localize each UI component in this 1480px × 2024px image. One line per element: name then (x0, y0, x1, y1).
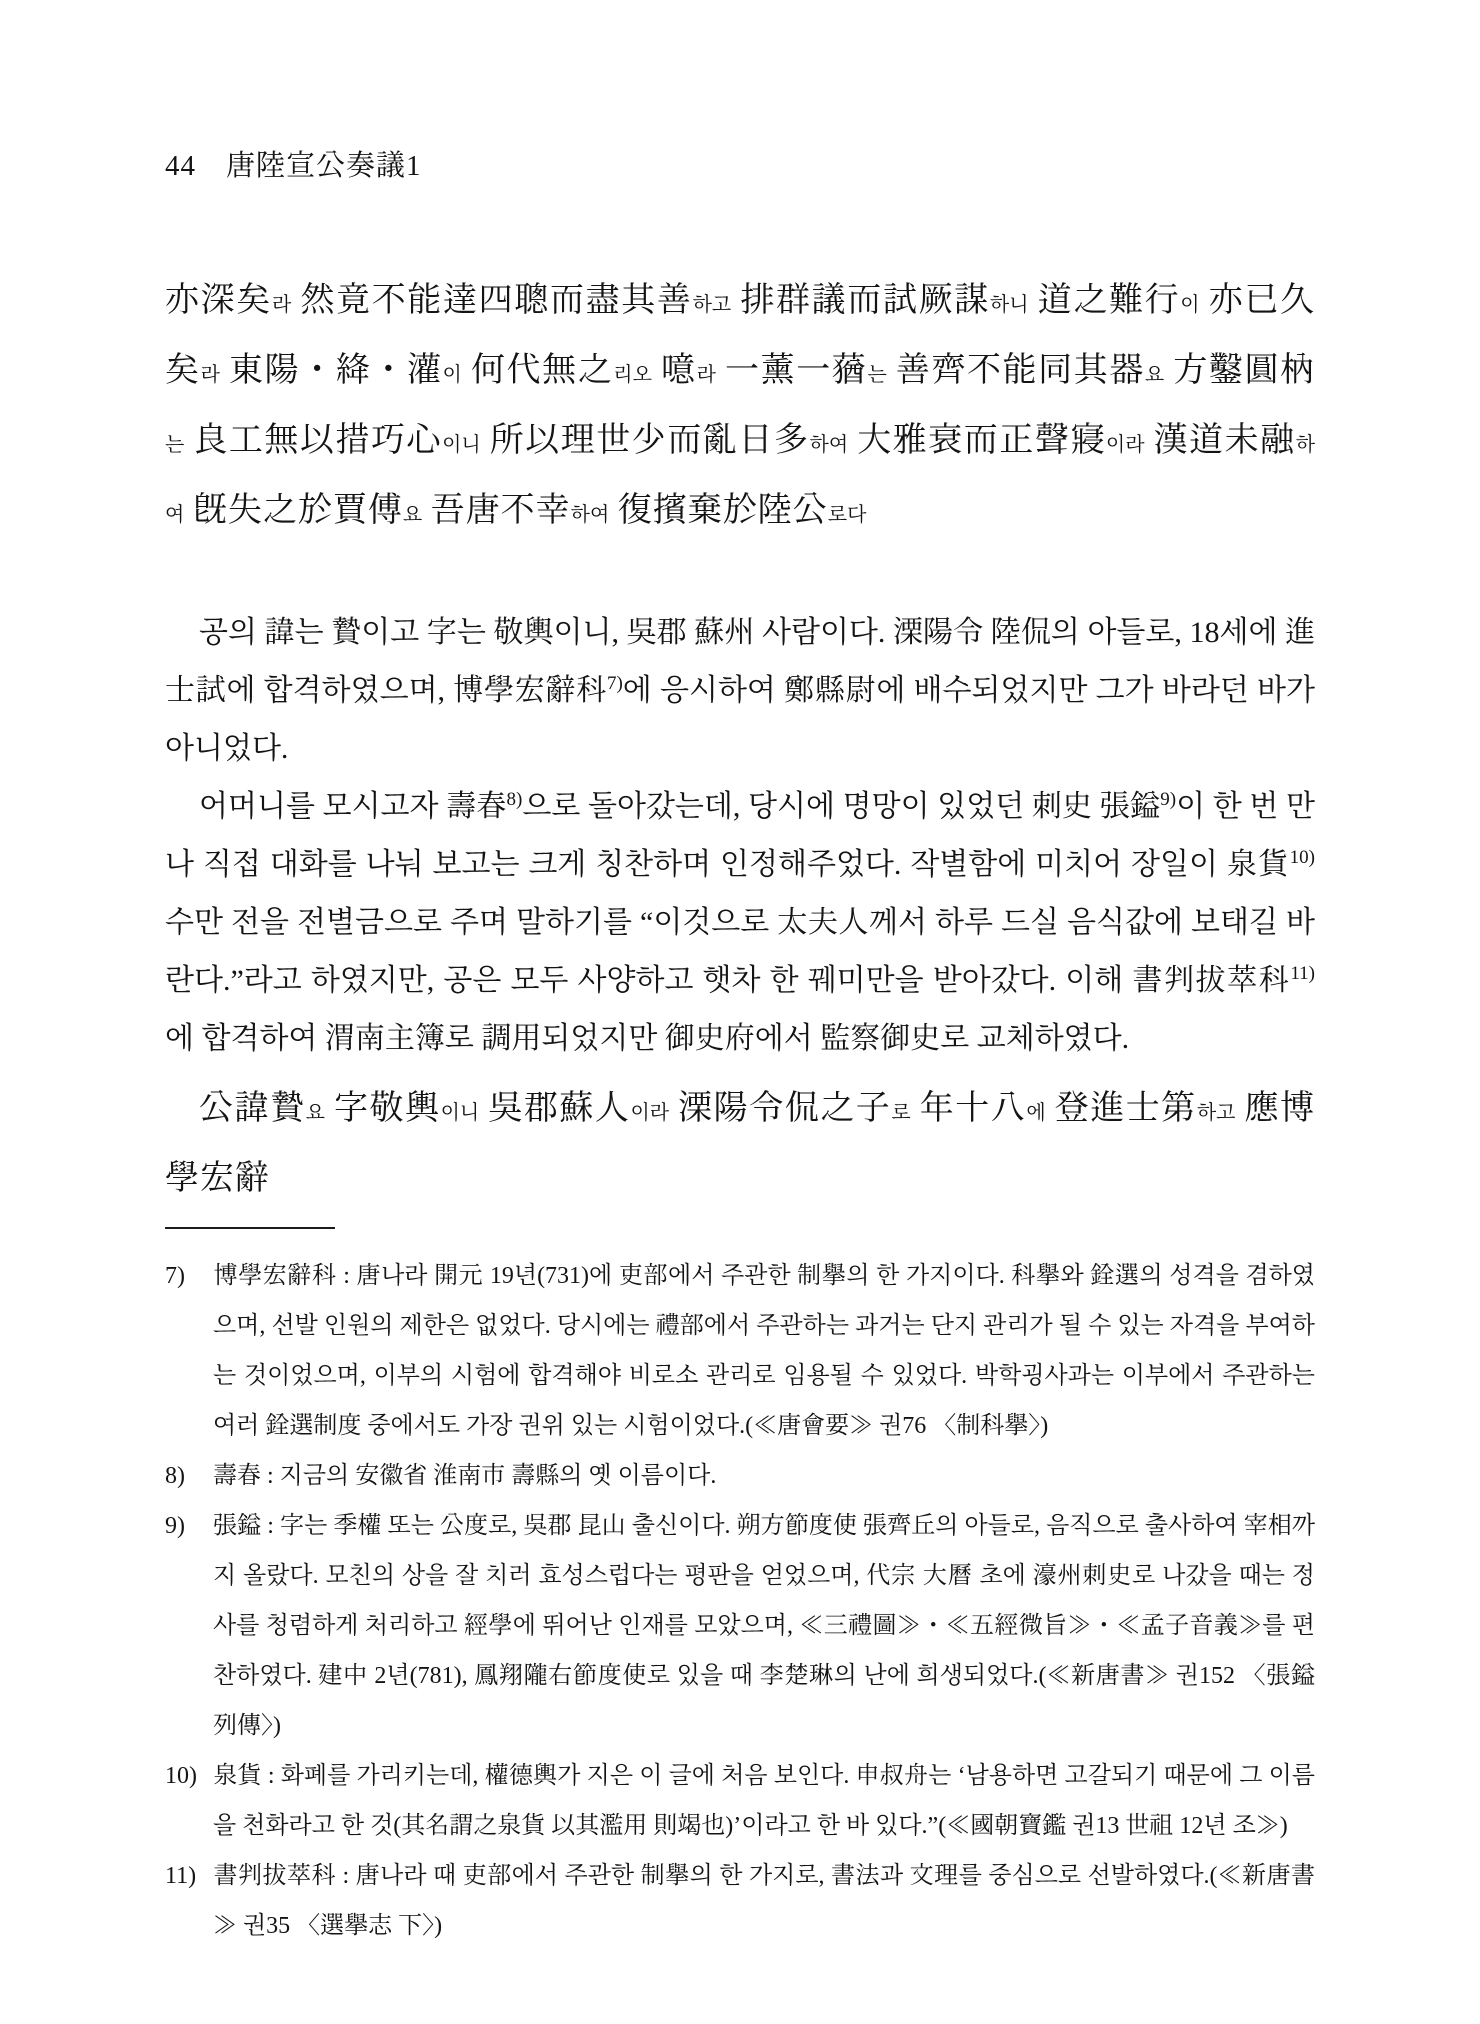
hanja-run: 漢道未融 (1154, 422, 1296, 459)
gugyeol-particle: 요 (306, 1102, 325, 1124)
hanja-run: 登進士第 (1055, 1090, 1197, 1127)
gugyeol-particle: 이 (1180, 294, 1199, 316)
hanja-run: 何代無之 (471, 352, 613, 389)
hanja-run: 亦深矣 (165, 282, 272, 319)
hanja-run: 吳郡蘇人 (488, 1090, 630, 1127)
footnote-ref: 8) (507, 789, 523, 810)
footnote-separator (165, 1227, 335, 1229)
gugyeol-particle: 이니 (442, 434, 481, 456)
hanja-run: 排群議而試厥謀 (740, 282, 990, 319)
gugyeol-particle: 는 (165, 434, 184, 456)
footnote-text: 壽春 : 지금의 安徽省 淮南市 壽縣의 옛 이름이다. (213, 1463, 716, 1489)
hanja-run: 道之難行 (1038, 282, 1181, 319)
footnote-ref: 9) (1160, 789, 1176, 810)
hanja-run: 年十八 (920, 1090, 1027, 1127)
hanja-run: 溧陽令侃之子 (678, 1090, 891, 1127)
footnote-ref: 7) (607, 673, 623, 694)
hanja-run: 字敬輿 (334, 1090, 441, 1127)
hanja-run: 善齊不能同其器 (896, 352, 1145, 389)
hanja-run: 噫 (661, 352, 697, 389)
gugyeol-particle: 로 (891, 1102, 910, 1124)
running-header: 44唐陸宣公奏議1 (165, 148, 1315, 184)
gugyeol-particle: 라 (272, 294, 291, 316)
hanja-run: 大雅衰而正聲寢 (857, 422, 1106, 459)
hanja-run: 吾唐不幸 (431, 492, 571, 529)
gugyeol-particle: 이라 (1106, 434, 1145, 456)
gugyeol-particle: 요 (1145, 364, 1164, 386)
gugyeol-particle: 하니 (990, 294, 1029, 316)
book-title: 唐陸宣公奏議1 (226, 150, 422, 182)
footnote-ref: 10) (1290, 847, 1315, 868)
translation-paragraph-2: 어머니를 모시고자 壽春8)으로 돌아갔는데, 당시에 명망이 있었던 刺史 張… (165, 778, 1315, 1068)
hanja-run: 方鑿圓枘 (1173, 352, 1315, 389)
gugyeol-particle: 라 (697, 364, 716, 386)
footnote-text: 張鎰 : 字는 季權 또는 公度로, 吳郡 昆山 출신이다. 朔方節度使 張齊丘… (213, 1513, 1315, 1739)
footnote-item: 9)張鎰 : 字는 季權 또는 公度로, 吳郡 昆山 출신이다. 朔方節度使 張… (165, 1501, 1315, 1751)
gugyeol-particle: 이 (443, 364, 462, 386)
gugyeol-particle: 이니 (441, 1102, 480, 1124)
hanja-run: 一薰一蕕 (725, 352, 867, 389)
footnote-number: 10) (165, 1751, 213, 1801)
gugyeol-particle: 라 (201, 364, 220, 386)
footnote-text: 博學宏辭科 : 唐나라 開元 19년(731)에 吏部에서 주관한 制擧의 한 … (213, 1263, 1315, 1439)
footnote-number: 11) (165, 1851, 213, 1901)
gugyeol-particle: 리오 (613, 364, 652, 386)
book-page: 44唐陸宣公奏議1 亦深矣라 然竟不能達四聰而盡其善하고 排群議而試厥謀하니 道… (0, 0, 1480, 2024)
hanmun-passage-1: 亦深矣라 然竟不能達四聰而盡其善하고 排群議而試厥謀하니 道之難行이 亦已久矣라… (165, 268, 1315, 548)
footnote-number: 8) (165, 1451, 213, 1501)
footnote-item: 10)泉貨 : 화폐를 가리키는데, 權德輿가 지은 이 글에 처음 보인다. … (165, 1751, 1315, 1851)
gugyeol-particle: 하고 (1197, 1102, 1236, 1124)
page-number: 44 (165, 150, 196, 182)
gugyeol-particle: 는 (867, 364, 886, 386)
hanja-run: 良工無以措巧心 (193, 422, 442, 459)
gugyeol-particle: 하여 (571, 504, 610, 526)
footnote-ref: 11) (1290, 963, 1315, 984)
translation-paragraph-1: 공의 諱는 贄이고 字는 敬輿이니, 吳郡 蘇州 사람이다. 溧陽令 陸侃의 아… (165, 604, 1315, 778)
hanja-run: 然竟不能達四聰而盡其善 (300, 282, 692, 319)
footnote-item: 8)壽春 : 지금의 安徽省 淮南市 壽縣의 옛 이름이다. (165, 1451, 1315, 1501)
footnote-number: 9) (165, 1501, 213, 1551)
hanja-run: 旣失之於賈傅 (193, 492, 403, 529)
hanja-run: 所以理世少而亂日多 (490, 422, 810, 459)
footnote-text: 泉貨 : 화폐를 가리키는데, 權德輿가 지은 이 글에 처음 보인다. 申叔舟… (213, 1763, 1315, 1839)
gugyeol-particle: 하여 (810, 434, 849, 456)
footnote-item: 11)書判拔萃科 : 唐나라 때 吏部에서 주관한 制擧의 한 가지로, 書法과… (165, 1851, 1315, 1951)
footnote-section: 7)博學宏辭科 : 唐나라 開元 19년(731)에 吏部에서 주관한 制擧의 … (165, 1251, 1315, 1951)
gugyeol-particle: 이라 (630, 1102, 669, 1124)
hanja-run: 公諱贄 (199, 1090, 306, 1127)
footnote-text: 書判拔萃科 : 唐나라 때 吏部에서 주관한 制擧의 한 가지로, 書法과 文理… (213, 1863, 1315, 1939)
hanja-run: 東陽・絳・灌 (229, 352, 443, 389)
gugyeol-particle: 요 (403, 504, 422, 526)
footnote-number: 7) (165, 1251, 213, 1301)
hanmun-passage-2: 公諱贄요 字敬輿이니 吳郡蘇人이라 溧陽令侃之子로 年十八에 登進士第하고 應博… (165, 1076, 1315, 1211)
gugyeol-particle: 하고 (693, 294, 732, 316)
footnote-item: 7)博學宏辭科 : 唐나라 開元 19년(731)에 吏部에서 주관한 制擧의 … (165, 1251, 1315, 1451)
gugyeol-particle: 로다 (828, 504, 867, 526)
gugyeol-particle: 에 (1026, 1102, 1045, 1124)
hanja-run: 復擯棄於陸公 (618, 492, 828, 529)
